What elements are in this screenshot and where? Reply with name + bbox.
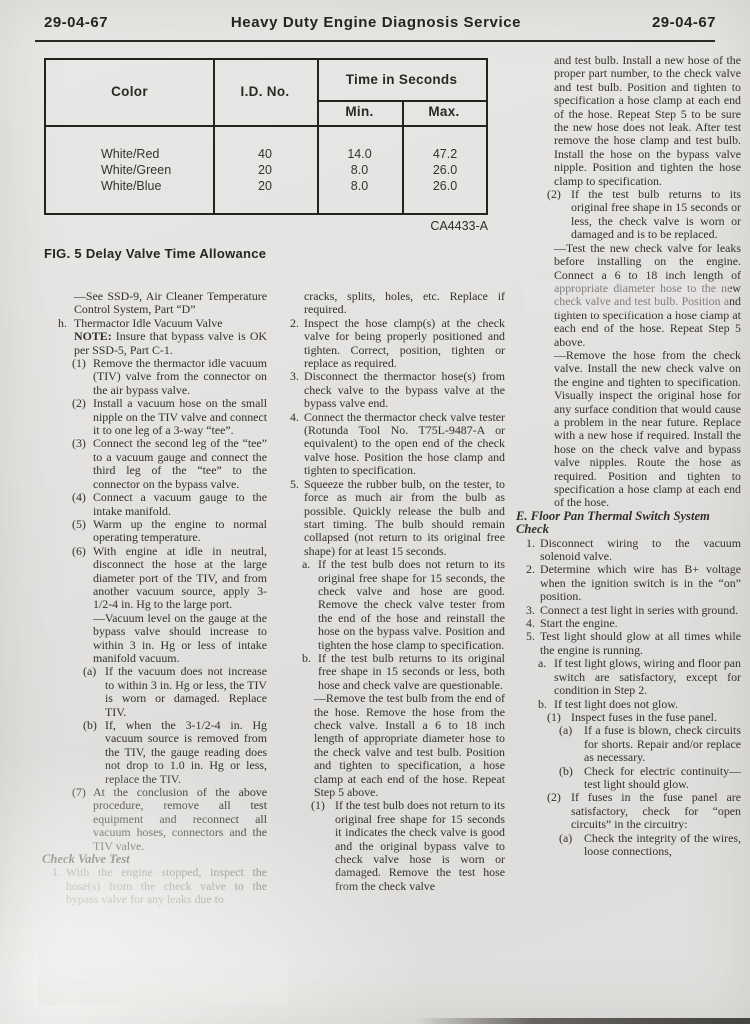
paragraph: a.If the test bulb does not return to it…	[282, 558, 505, 652]
header-rule	[35, 40, 715, 42]
list-label: b.	[538, 698, 554, 711]
paragraph: NOTE: Insure that bypass valve is OK per…	[74, 330, 267, 357]
paragraph: (b)Check for electric continuity—test li…	[518, 765, 741, 792]
list-label: (b)	[83, 719, 105, 732]
list-label: 4.	[290, 411, 304, 424]
list-label: (2)	[547, 188, 571, 201]
list-label: 5.	[290, 478, 304, 491]
list-label: (a)	[559, 724, 584, 737]
paragraph: (2)If fuses in the fuse panel are satisf…	[518, 791, 741, 831]
paragraph: 3.Disconnect the thermactor hose(s) from…	[282, 370, 505, 410]
table-body: White/Red4014.047.2White/Green208.026.0W…	[46, 126, 486, 213]
list-label: (3)	[72, 437, 93, 450]
paragraph: (4)Connect a vacuum gauge to the intake …	[44, 491, 267, 518]
list-label: 3.	[290, 370, 304, 383]
paragraph: —Remove the hose from the check valve. I…	[554, 349, 741, 510]
list-label: 3.	[526, 604, 540, 617]
list-label: a.	[302, 558, 318, 571]
paragraph: and test bulb. Install a new hose of the…	[554, 54, 741, 188]
table-cell: 20	[213, 162, 317, 178]
paragraph: 5.Test light should glow at all times wh…	[518, 630, 741, 657]
paragraph: —See SSD-9, Air Cleaner Temperature Cont…	[74, 290, 267, 317]
table-cell: 8.0	[317, 178, 402, 194]
paragraph: (6)With engine at idle in neutral, disco…	[44, 545, 267, 612]
table-cell: 40	[213, 146, 317, 162]
paragraph: (b)If, when the 3-1/2-4 in. Hg vacuum so…	[44, 719, 267, 786]
list-label: 1.	[52, 866, 66, 879]
paragraph: (7)At the conclusion of the above proced…	[44, 786, 267, 853]
table-cell: 47.2	[402, 146, 488, 162]
paragraph: 3.Connect a test light in series with gr…	[518, 604, 741, 617]
section-heading: E. Floor Pan Thermal Switch System Check	[516, 510, 741, 537]
paragraph: (a)Check the integrity of the wires, loo…	[518, 832, 741, 859]
paragraph: —Vacuum level on the gauge at the bypass…	[93, 612, 267, 666]
paragraph: h.Thermactor Idle Vacuum Valve	[44, 317, 267, 330]
table-row: White/Blue208.026.0	[46, 178, 486, 194]
table-divider	[317, 100, 486, 102]
list-label: 1.	[526, 537, 540, 550]
list-label: 2.	[526, 563, 540, 576]
paragraph: 4.Start the engine.	[518, 617, 741, 630]
list-label: (a)	[559, 832, 584, 845]
list-label: (a)	[83, 665, 105, 678]
column-header-max: Max.	[402, 104, 486, 119]
paragraph: 4.Connect the thermactor check valve tes…	[282, 411, 505, 478]
paragraph: a.If test light glows, wiring and floor …	[518, 657, 741, 697]
paragraph: —Test the new check valve for leaks befo…	[554, 242, 741, 349]
list-label: (5)	[72, 518, 93, 531]
list-label: (7)	[72, 786, 93, 799]
table-row: White/Red4014.047.2	[46, 146, 486, 162]
text-column-middle: cracks, splits, holes, etc. Replace if r…	[282, 290, 505, 1006]
paragraph: b.If test light does not glow.	[518, 698, 741, 711]
paragraph: 1.With the engine stopped, inspect the h…	[44, 866, 267, 906]
paragraph: (2)If the test bulb returns to its origi…	[518, 188, 741, 242]
text-column-left: —See SSD-9, Air Cleaner Temperature Cont…	[44, 290, 267, 1006]
column-header-color: Color	[46, 84, 213, 99]
paragraph: (a)If the vacuum does not increase to wi…	[44, 665, 267, 719]
manual-page: 29-04-67 Heavy Duty Engine Diagnosis Ser…	[0, 0, 750, 1024]
paragraph: b.If the test bulb returns to its origin…	[282, 652, 505, 692]
paragraph: (1)If the test bulb does not return to i…	[282, 799, 505, 893]
text-column-right: and test bulb. Install a new hose of the…	[518, 54, 741, 1006]
bold-note-label: NOTE:	[74, 329, 112, 343]
paragraph: 1.Disconnect wiring to the vacuum soleno…	[518, 537, 741, 564]
paragraph: 2.Inspect the hose clamp(s) at the check…	[282, 317, 505, 371]
list-label: 4.	[526, 617, 540, 630]
list-label: (b)	[559, 765, 584, 778]
list-label: h.	[58, 317, 74, 330]
list-label: (1)	[311, 799, 335, 812]
page-title: Heavy Duty Engine Diagnosis Service	[36, 14, 716, 31]
table-cell: 20	[213, 178, 317, 194]
paragraph: 5.Squeeze the rubber bulb, on the tester…	[282, 478, 505, 558]
column-header-id-no: I.D. No.	[213, 84, 317, 99]
page-number-right: 29-04-67	[652, 14, 716, 31]
paragraph: (3)Connect the second leg of the “tee” t…	[44, 437, 267, 491]
list-label: (2)	[547, 791, 571, 804]
paragraph: 2.Determine which wire has B+ voltage wh…	[518, 563, 741, 603]
list-label: 5.	[526, 630, 540, 643]
list-label: (1)	[547, 711, 571, 724]
list-label: b.	[302, 652, 318, 665]
paragraph: (a)If a fuse is blown, check circuits fo…	[518, 724, 741, 764]
list-label: (2)	[72, 397, 93, 410]
list-label: 2.	[290, 317, 304, 330]
paragraph: (2)Install a vacuum hose on the small ni…	[44, 397, 267, 437]
table-cell: 26.0	[402, 178, 488, 194]
paragraph: cracks, splits, holes, etc. Replace if r…	[304, 290, 505, 317]
paragraph: (1)Remove the thermactor idle vacuum (TI…	[44, 357, 267, 397]
paragraph: (5)Warm up the engine to normal operatin…	[44, 518, 267, 545]
table-cell: White/Green	[101, 162, 213, 178]
delay-valve-table: Color I.D. No. Time in Seconds Min. Max.…	[44, 58, 488, 215]
scan-edge-shadow	[415, 1018, 750, 1024]
table-cell: White/Blue	[101, 178, 213, 194]
list-label: (4)	[72, 491, 93, 504]
figure-code: CA4433-A	[380, 219, 488, 233]
section-heading: Check Valve Test	[42, 853, 267, 866]
paragraph: —Remove the test bulb from the end of th…	[314, 692, 505, 799]
list-label: (1)	[72, 357, 93, 370]
paragraph: (1)Inspect fuses in the fuse panel.	[518, 711, 741, 724]
page-header: 29-04-67 Heavy Duty Engine Diagnosis Ser…	[36, 14, 716, 38]
table-cell: 8.0	[317, 162, 402, 178]
list-label: (6)	[72, 545, 93, 558]
column-header-min: Min.	[317, 104, 402, 119]
table-cell: 26.0	[402, 162, 488, 178]
table-cell: 14.0	[317, 146, 402, 162]
figure-caption: FIG. 5 Delay Valve Time Allowance	[44, 246, 266, 261]
list-label: a.	[538, 657, 554, 670]
column-header-time: Time in Seconds	[317, 72, 486, 87]
table-cell: White/Red	[101, 146, 213, 162]
table-row: White/Green208.026.0	[46, 162, 486, 178]
